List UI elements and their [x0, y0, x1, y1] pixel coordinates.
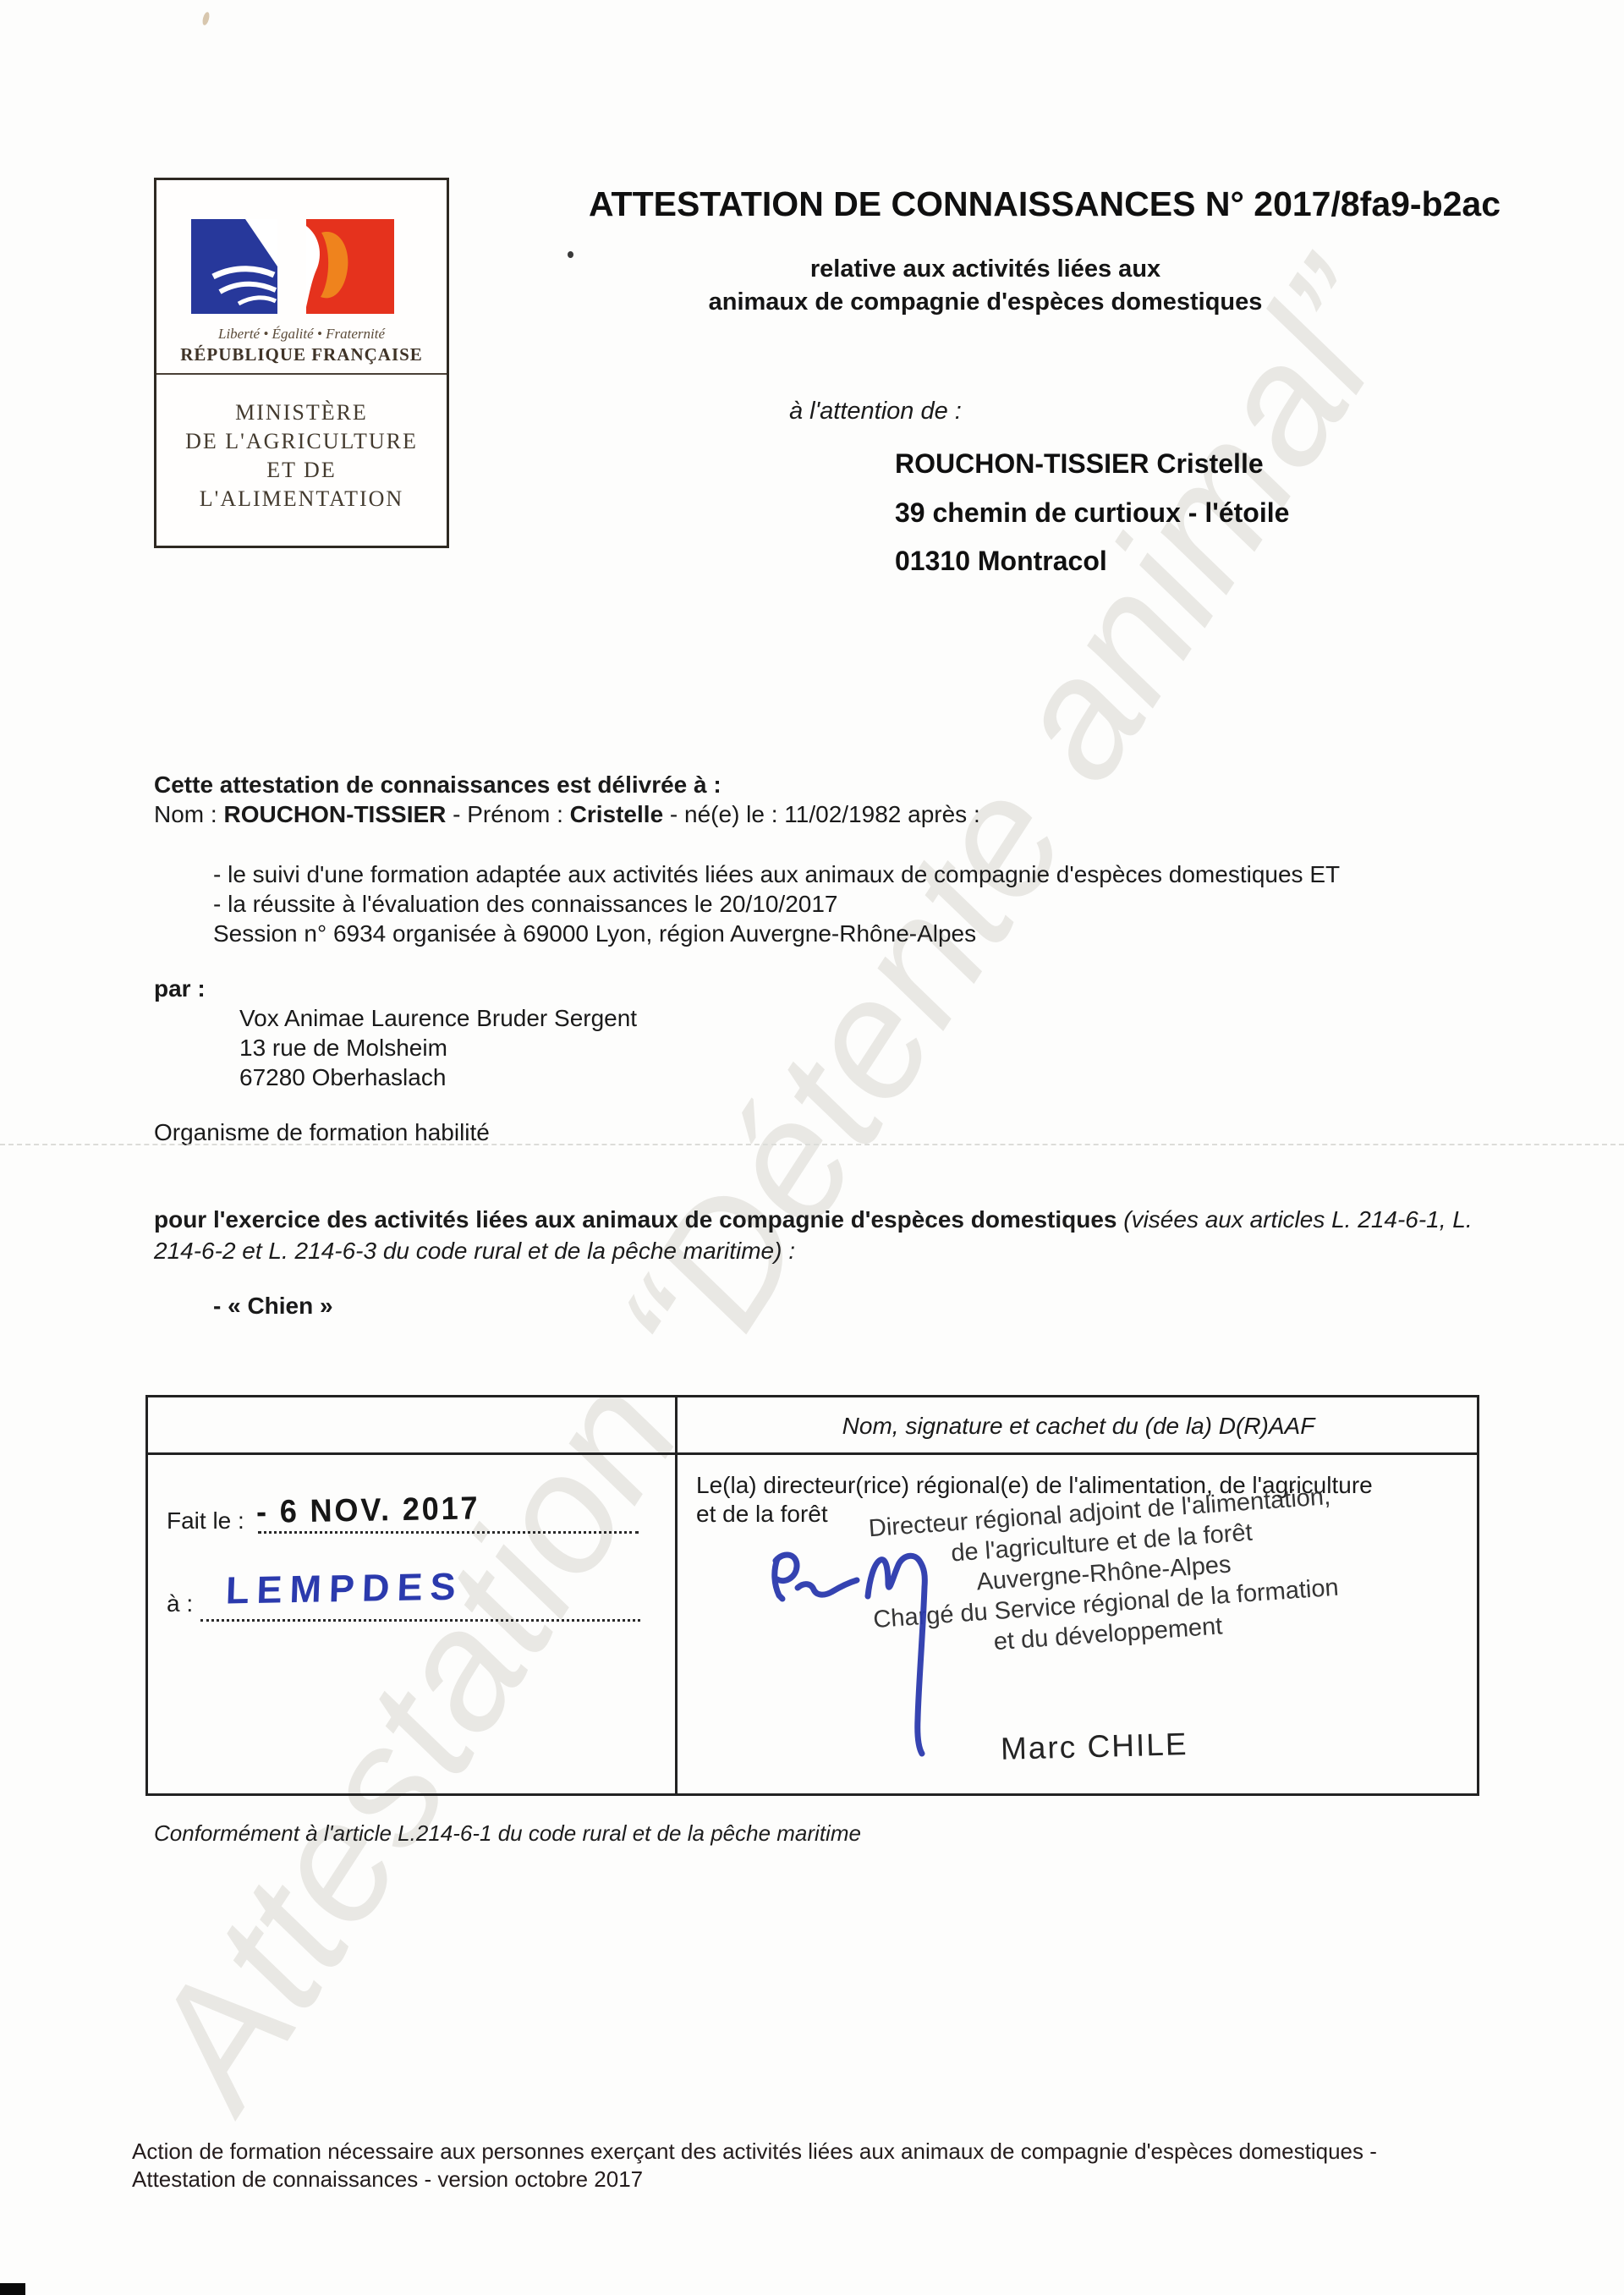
scan-corner-mark — [0, 2283, 25, 2295]
delivered-heading: Cette attestation de connaissances est d… — [154, 771, 721, 799]
french-republic-marianne-icon — [189, 217, 396, 317]
scan-speck-top — [201, 11, 211, 25]
species-line: - « Chien » — [213, 1293, 333, 1320]
scanned-certificate-page: Liberté • Égalité • Fraternité RÉPUBLIQU… — [0, 0, 1624, 2295]
identity-first-name: Cristelle — [570, 801, 664, 827]
training-bullet-1: - le suivi d'une formation adaptée aux a… — [213, 861, 1340, 888]
legal-note: Conformément à l'article L.214-6-1 du co… — [154, 1820, 861, 1847]
document-title: ATTESTATION DE CONNAISSANCES N° 2017/8fa… — [524, 184, 1565, 224]
organisation-address-line2: 67280 Oberhaslach — [239, 1064, 446, 1091]
training-bullet-2: - la réussite à l'évaluation des connais… — [213, 891, 838, 918]
footer-line1: Action de formation nécessaire aux perso… — [132, 2139, 1377, 2165]
place-label: à : — [167, 1590, 193, 1617]
organisation-address-line1: 13 rue de Molsheim — [239, 1035, 447, 1062]
table-column-divider — [675, 1397, 678, 1793]
fait-le-label: Fait le : — [167, 1507, 244, 1535]
document-subtitle-line1: relative aux activités liées aux — [651, 255, 1319, 283]
identity-last-name: ROUCHON-TISSIER — [223, 801, 446, 827]
par-label: par : — [154, 975, 206, 1002]
logo-republique-francaise: RÉPUBLIQUE FRANÇAISE — [156, 344, 447, 365]
footer-line2: Attestation de connaissances - version o… — [132, 2166, 643, 2193]
place-dotted-line — [200, 1619, 640, 1622]
ministry-name: MINISTÈRE DE L'AGRICULTURE ET DE L'ALIME… — [156, 398, 447, 513]
paper-fold-line — [0, 1144, 1624, 1145]
date-stamp: - 6 NOV. 2017 — [256, 1491, 480, 1531]
organisation-status: Organisme de formation habilité — [154, 1119, 490, 1146]
document-subtitle-line2: animaux de compagnie d'espèces domestiqu… — [651, 288, 1319, 316]
scan-speck — [568, 251, 573, 258]
signature-table: Nom, signature et cachet du (de la) D(R)… — [145, 1395, 1479, 1796]
logo-divider — [156, 373, 447, 375]
place-handwritten: LEMPDES — [225, 1565, 464, 1613]
organisation-name: Vox Animae Laurence Bruder Sergent — [239, 1005, 637, 1032]
recipient-address-line2: 01310 Montracol — [895, 546, 1107, 577]
exercise-paragraph: pour l'exercice des activités liées aux … — [154, 1204, 1504, 1266]
identity-line: Nom : ROUCHON-TISSIER - Prénom : Cristel… — [154, 801, 980, 828]
ministry-logo-box: Liberté • Égalité • Fraternité RÉPUBLIQU… — [154, 178, 449, 548]
signer-name-stamp: Marc CHILE — [1000, 1727, 1188, 1767]
table-header-signature: Nom, signature et cachet du (de la) D(R)… — [689, 1413, 1468, 1440]
table-header-divider — [148, 1452, 1477, 1455]
logo-motto: Liberté • Égalité • Fraternité — [156, 326, 447, 343]
attention-label: à l'attention de : — [789, 398, 962, 426]
recipient-address-line1: 39 chemin de curtioux - l'étoile — [895, 497, 1289, 529]
session-line: Session n° 6934 organisée à 69000 Lyon, … — [213, 920, 976, 947]
recipient-name: ROUCHON-TISSIER Cristelle — [895, 448, 1264, 480]
fait-le-dotted-line — [258, 1531, 639, 1534]
official-stamp-text: Directeur régional adjoint de l'alimenta… — [736, 1472, 1472, 1675]
